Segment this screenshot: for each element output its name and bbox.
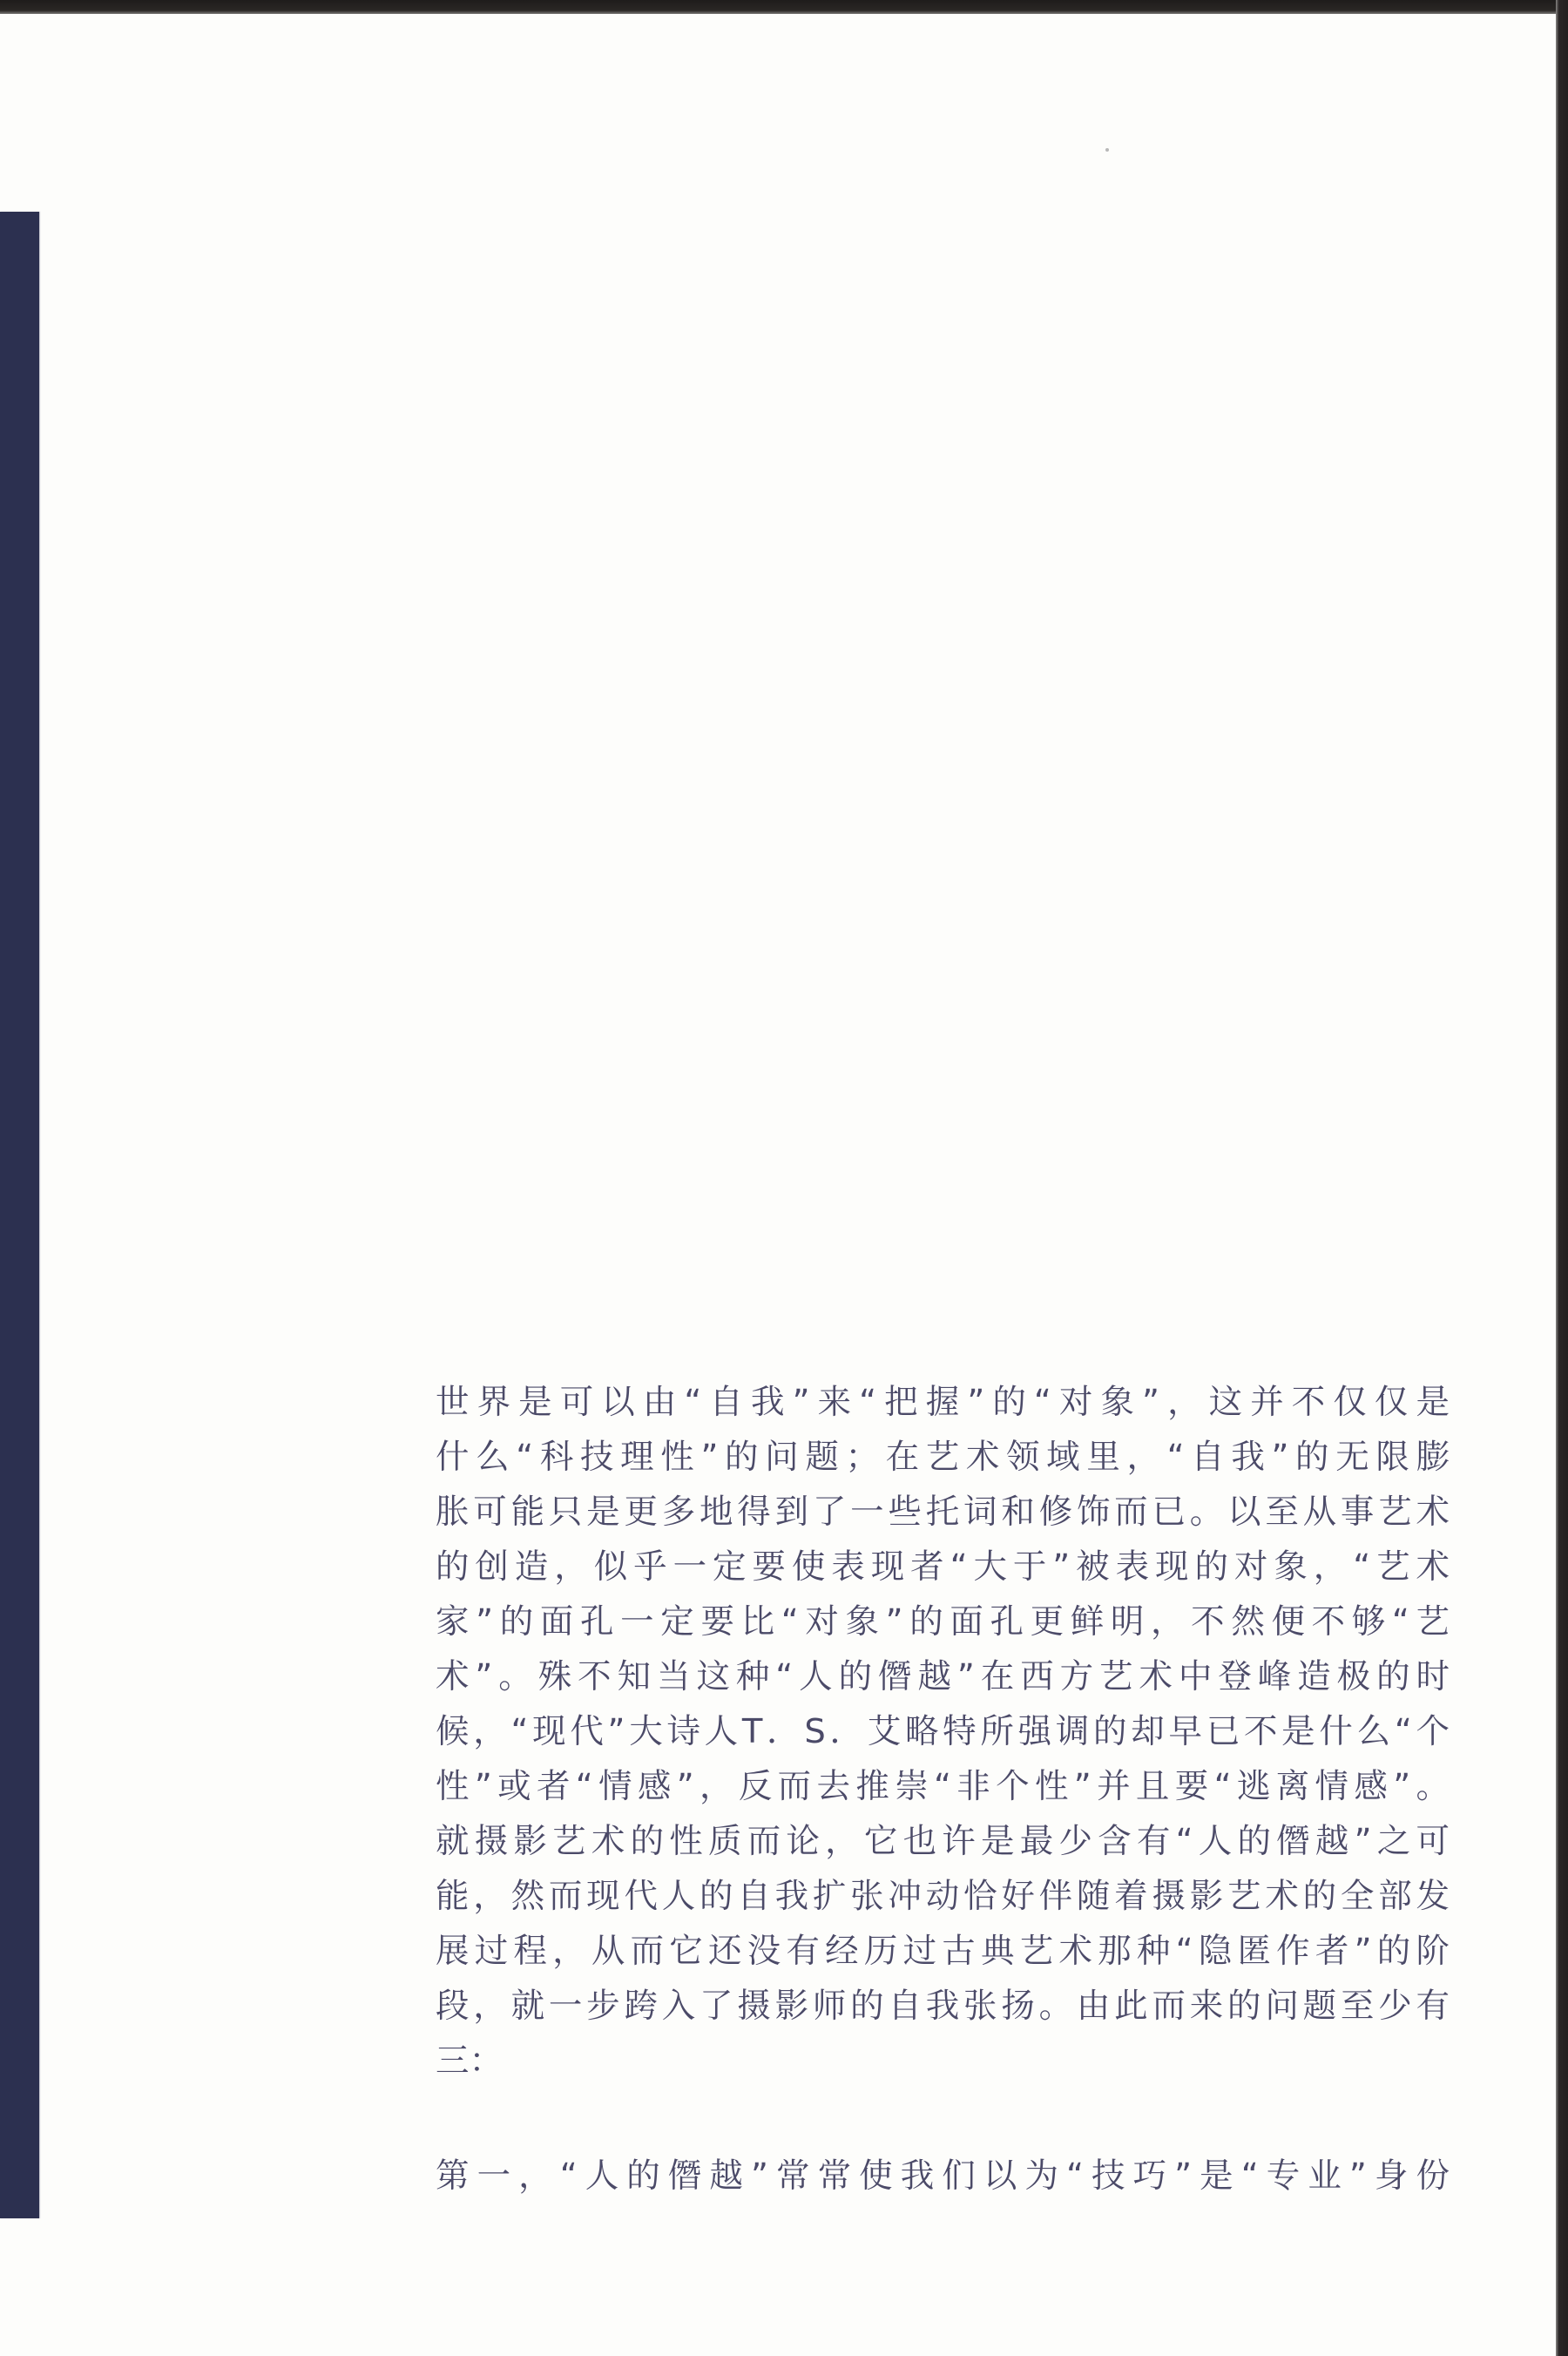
text-line: 段，就一步跨入了摄影师的自我张扬。由此而来的问题至少有 (436, 1979, 1450, 2034)
page-right-edge (1556, 0, 1568, 2356)
text-line: 胀可能只是更多地得到了一些托词和修饰而已。以至从事艺术 (436, 1485, 1450, 1540)
text-line: 什么“科技理性”的问题；在艺术领域里，“自我”的无限膨 (436, 1430, 1450, 1485)
text-line: 性”或者“情感”，反而去推崇“非个性”并且要“逃离情感”。 (436, 1759, 1450, 1814)
text-line: 第一，“人的僭越”常常使我们以为“技巧”是“专业”身份 (436, 2149, 1450, 2204)
text-line: 展过程，从而它还没有经历过古典艺术那种“隐匿作者”的阶 (436, 1924, 1450, 1979)
page-top-edge (0, 0, 1568, 14)
text-line: 家”的面孔一定要比“对象”的面孔更鲜明，不然便不够“艺 (436, 1594, 1450, 1649)
paragraph-gap (436, 2089, 1450, 2149)
text-line: 世界是可以由“自我”来“把握”的“对象”，这并不仅仅是 (436, 1375, 1450, 1430)
text-line: 就摄影艺术的性质而论，它也许是最少含有“人的僭越”之可 (436, 1814, 1450, 1869)
text-line: 候，“现代”大诗人T．S．艾略特所强调的却早已不是什么“个 (436, 1704, 1450, 1759)
text-line: 三： (436, 2034, 1450, 2089)
text-line: 的创造，似乎一定要使表现者“大于”被表现的对象，“艺术 (436, 1540, 1450, 1594)
paragraph-2: 第一，“人的僭越”常常使我们以为“技巧”是“专业”身份 (436, 2149, 1450, 2204)
scan-dust-speck (1105, 148, 1109, 152)
body-text: 世界是可以由“自我”来“把握”的“对象”，这并不仅仅是 什么“科技理性”的问题；… (436, 1375, 1450, 2204)
text-line: 术”。殊不知当这种“人的僭越”在西方艺术中登峰造极的时 (436, 1649, 1450, 1704)
text-line: 能，然而现代人的自我扩张冲动恰好伴随着摄影艺术的全部发 (436, 1869, 1450, 1924)
paragraph-1: 世界是可以由“自我”来“把握”的“对象”，这并不仅仅是 什么“科技理性”的问题；… (436, 1375, 1450, 2089)
left-decorative-bar (0, 212, 39, 2218)
